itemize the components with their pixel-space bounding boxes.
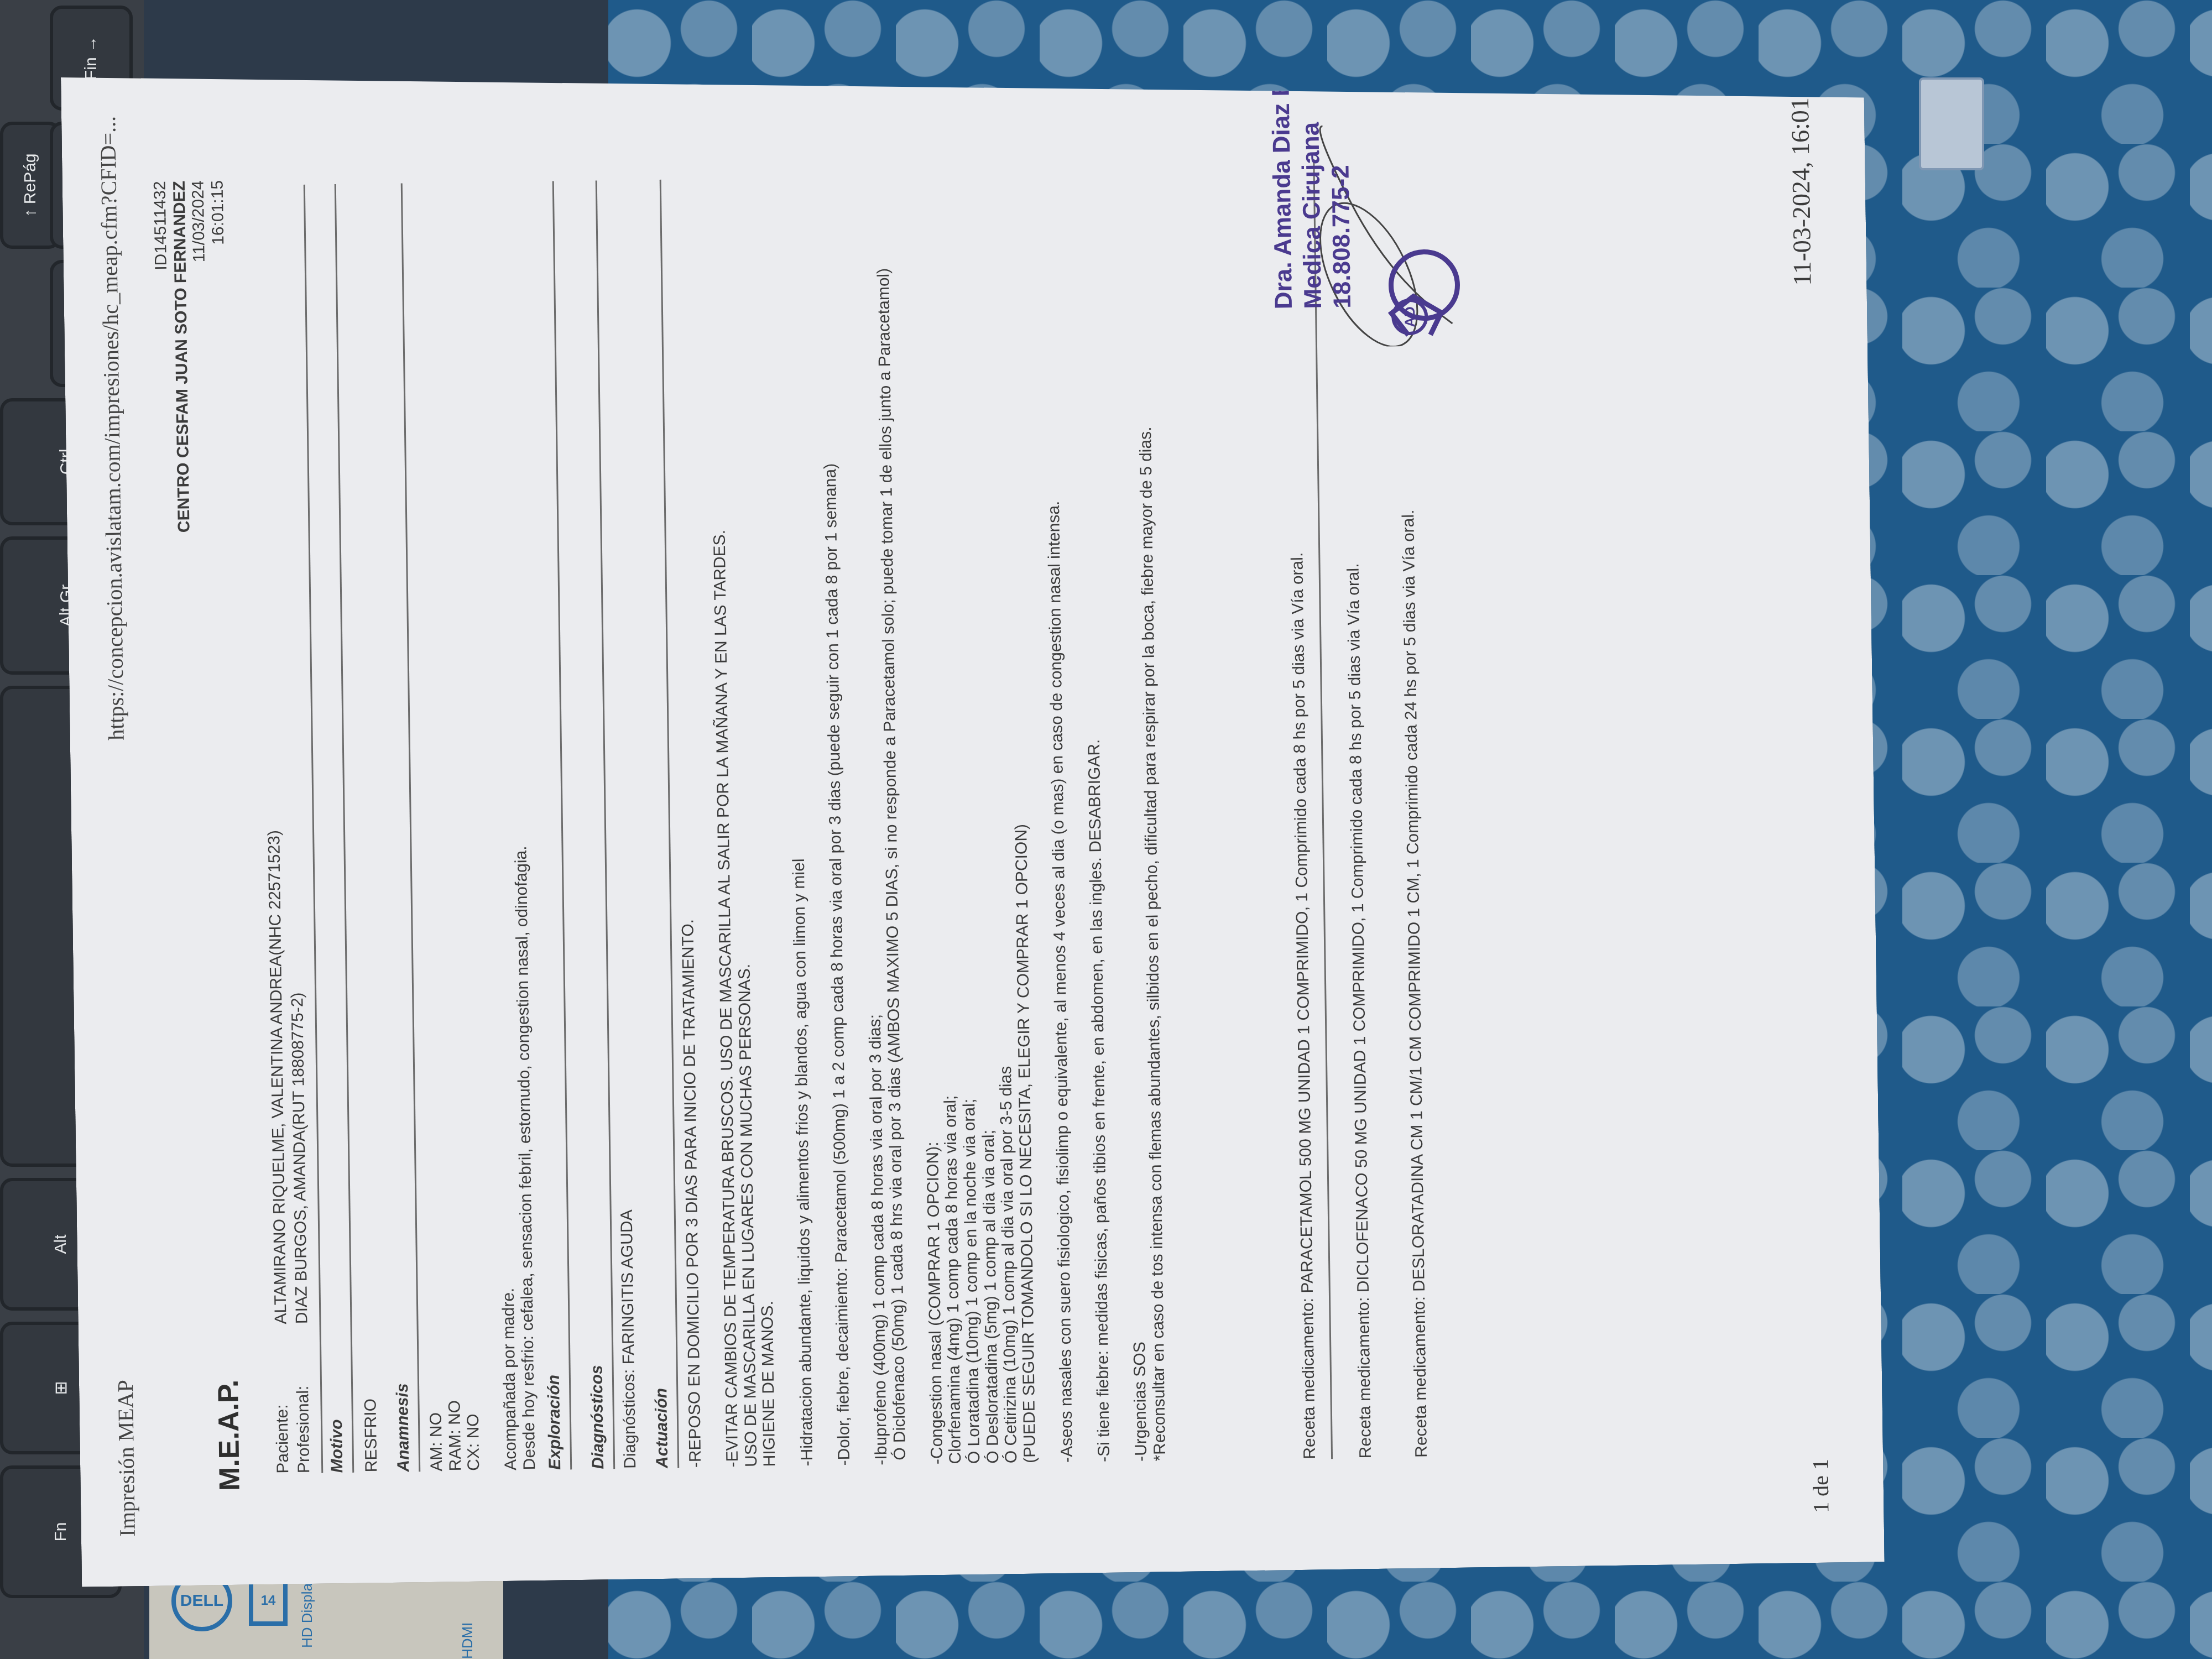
professional-row: Profesional:DIAZ BURGOS, AMANDA(RUT 1880… xyxy=(288,992,314,1473)
center-info: ID14511432 CENTRO CESFAM JUAN SOTO FERNA… xyxy=(151,180,232,533)
hdmi-label: HDMI xyxy=(459,1623,476,1659)
professional-label: Profesional: xyxy=(293,1324,314,1473)
prescription-list: Receta medicamento: PARACETAMOL 500 MG U… xyxy=(1250,509,1468,1459)
form-title: M.E.A.P. xyxy=(212,1379,247,1491)
section-diagnosticos-heading: Diagnósticos xyxy=(588,1365,608,1469)
print-title: Impresión MEAP xyxy=(112,1380,140,1537)
divider xyxy=(335,184,354,1473)
patient-row: Paciente:ALTAMIRANO RIQUELME, VALENTINA … xyxy=(265,830,293,1474)
patient-label: Paciente: xyxy=(272,1324,293,1473)
divider xyxy=(552,181,572,1470)
section-anamnesis-body: AM: NO RAM: NO CX: NO Acompañada por mad… xyxy=(419,846,539,1472)
stamp-name: Dra. Amanda Diaz B. xyxy=(1266,72,1299,309)
print-datetime: 11-03-2024, 16:01 xyxy=(1785,97,1817,286)
divider xyxy=(401,183,421,1472)
stamp-title: Medica Cirujana xyxy=(1296,71,1328,309)
display-label: HD Display xyxy=(299,1576,316,1648)
section-motivo-heading: Motivo xyxy=(327,1419,347,1473)
divider xyxy=(596,180,615,1469)
printed-document: Impresión MEAP https://concepcion.avisla… xyxy=(61,52,1885,1587)
stamp-rut: 18.808.775-2 xyxy=(1325,71,1358,309)
document-content: Impresión MEAP https://concepcion.avisla… xyxy=(61,53,1851,1570)
section-diagnosticos-body: Diagnósticos: FARINGITIS AGUDA xyxy=(618,1209,640,1469)
card-reader-chip xyxy=(1919,77,1984,170)
prescription-item: Receta medicamento: PARACETAMOL 500 MG U… xyxy=(1287,511,1319,1459)
prescription-item: Receta medicamento: DICLOFENACO 50 MG UN… xyxy=(1343,510,1375,1459)
professional-value: DIAZ BURGOS, AMANDA(RUT 18808775-2) xyxy=(288,992,311,1324)
section-actuacion-body: -REPOSO EN DOMICILIO POR 3 DIAS PARA INI… xyxy=(670,264,1170,1468)
prescription-item: Receta medicamento: DESLORATADINA CM 1 C… xyxy=(1399,509,1431,1458)
print-url: https://concepcion.avislatam.com/impresi… xyxy=(95,116,129,740)
section-anamnesis-heading: Anamnesis xyxy=(393,1383,413,1472)
section-exploracion-heading: Exploración xyxy=(545,1375,565,1470)
section-actuacion-heading: Actuación xyxy=(652,1388,672,1468)
patient-value: ALTAMIRANO RIQUELME, VALENTINA ANDREA(NH… xyxy=(265,830,290,1324)
page-number: 1 de 1 xyxy=(1807,1459,1834,1513)
section-motivo-body: RESFRIO xyxy=(361,1399,380,1473)
doctor-stamp: Dra. Amanda Diaz B. Medica Cirujana 18.8… xyxy=(1266,71,1357,310)
